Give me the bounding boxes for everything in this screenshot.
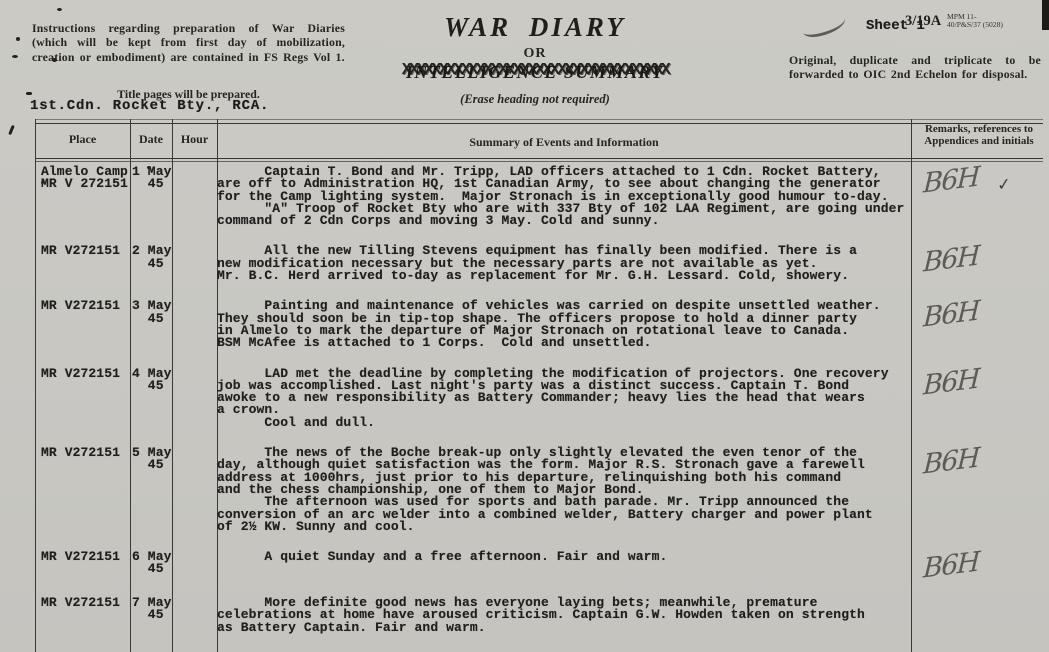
table-row: MR V2721517 May 45 More definite good ne…	[35, 597, 1049, 634]
form-code: MPM 11- 40/P&S/37 (5028)	[947, 13, 1003, 29]
table-row: MR V2721513 May 45 Painting and maintena…	[35, 300, 1049, 349]
remarks-cell: B6H	[911, 368, 1049, 429]
date-cell: 2 May 45	[130, 245, 172, 282]
summary-cell: More definite good news has everyone lay…	[217, 597, 911, 634]
handwritten-initials: B6H	[923, 164, 980, 197]
date-cell: 4 May 45	[130, 368, 172, 429]
table-row: Almelo Camp MR V 2721511 May 45 Captain …	[35, 166, 1049, 227]
hour-cell	[172, 447, 217, 533]
table-row: MR V2721514 May 45 LAD met the deadline …	[35, 368, 1049, 429]
place-cell: MR V272151	[35, 245, 130, 282]
erase-heading-note: (Erase heading not required)	[335, 92, 735, 107]
summary-cell: Captain T. Bond and Mr. Tripp, LAD offic…	[217, 166, 911, 227]
handwritten-initials: B6H	[923, 366, 980, 399]
handwritten-initials: B6H	[923, 445, 980, 478]
header-bottom-rule	[35, 158, 1043, 160]
place-cell: MR V272151	[35, 447, 130, 533]
date-cell: 6 May 45	[130, 551, 172, 579]
scan-artifact	[41, 181, 44, 184]
scan-artifact	[26, 92, 32, 95]
date-cell: 5 May 45	[130, 447, 172, 533]
handwritten-initials: B6H	[923, 550, 980, 583]
disposal-note: Original, duplicate and triplicate to be…	[789, 53, 1041, 81]
place-cell: MR V272151	[35, 597, 130, 634]
place-cell: MR V272151	[35, 300, 130, 349]
header-bottom-rule-lower	[35, 161, 1043, 162]
unit-name: 1st.Cdn. Rocket Bty., RCA.	[30, 98, 269, 114]
scan-artifact	[147, 166, 151, 169]
date-cell: 1 May 45	[130, 166, 172, 227]
instructions-text: Instructions regarding preparation of Wa…	[32, 21, 345, 64]
scan-artifact	[12, 55, 18, 58]
column-header-hour: Hour	[172, 132, 217, 147]
table-top-rule	[35, 123, 1043, 125]
hour-cell	[172, 166, 217, 227]
war-diary-title: WAR DIARY	[335, 12, 735, 43]
summary-cell: A quiet Sunday and a free afternoon. Fai…	[217, 551, 911, 579]
remarks-cell	[911, 597, 1049, 634]
remarks-cell: B6H	[911, 447, 1049, 533]
scan-artifact	[57, 8, 62, 11]
place-cell: Almelo Camp MR V 272151	[35, 166, 130, 227]
scan-artifact	[16, 37, 20, 41]
column-header-remarks: Remarks, references to Appendices and in…	[916, 124, 1042, 147]
typed-strikeout-overlay: XXXXXXXXXXXXXXXXXXXXXXXXXXXXXXXXXXXX	[346, 60, 724, 79]
hour-cell	[172, 368, 217, 429]
hour-cell	[172, 300, 217, 349]
handwritten-initials: B6H	[923, 299, 980, 332]
summary-cell: LAD met the deadline by completing the m…	[217, 368, 911, 429]
place-cell: MR V272151	[35, 551, 130, 579]
summary-cell: All the new Tilling Stevens equipment ha…	[217, 245, 911, 282]
hour-cell	[172, 551, 217, 579]
date-cell: 3 May 45	[130, 300, 172, 349]
summary-cell: The news of the Boche break-up only slig…	[217, 447, 911, 533]
table-top-rule-upper	[35, 119, 1043, 120]
form-number: 3/19A	[905, 13, 941, 30]
remarks-cell: B6H	[911, 300, 1049, 349]
column-header-date: Date	[130, 132, 172, 147]
date-cell: 7 May 45	[130, 597, 172, 634]
table-row: MR V2721515 May 45 The news of the Boche…	[35, 447, 1049, 533]
intelligence-summary-struck: INTELLIGENCE SUMMARY XXXXXXXXXXXXXXXXXXX…	[352, 60, 718, 84]
diary-rows: Almelo Camp MR V 2721511 May 45 Captain …	[35, 166, 1049, 652]
column-header-place: Place	[35, 132, 130, 147]
scan-artifact	[1042, 0, 1049, 30]
table-row: MR V2721512 May 45 All the new Tilling S…	[35, 245, 1049, 282]
remarks-cell: B6H✓	[911, 166, 1049, 227]
column-header-summary: Summary of Events and Information	[217, 135, 911, 150]
summary-cell: Painting and maintenance of vehicles was…	[217, 300, 911, 349]
scan-artifact	[8, 125, 15, 135]
remarks-cell: B6H	[911, 551, 1049, 579]
hour-cell	[172, 245, 217, 282]
remarks-cell: B6H	[911, 245, 1049, 282]
scan-artifact	[52, 58, 57, 62]
handwritten-initials: B6H	[923, 244, 980, 277]
table-row: MR V2721516 May 45 A quiet Sunday and a …	[35, 551, 1049, 579]
checkmark-icon: ✓	[996, 178, 1012, 192]
place-cell: MR V272151	[35, 368, 130, 429]
hour-cell	[172, 597, 217, 634]
scan-artifact	[800, 11, 847, 40]
